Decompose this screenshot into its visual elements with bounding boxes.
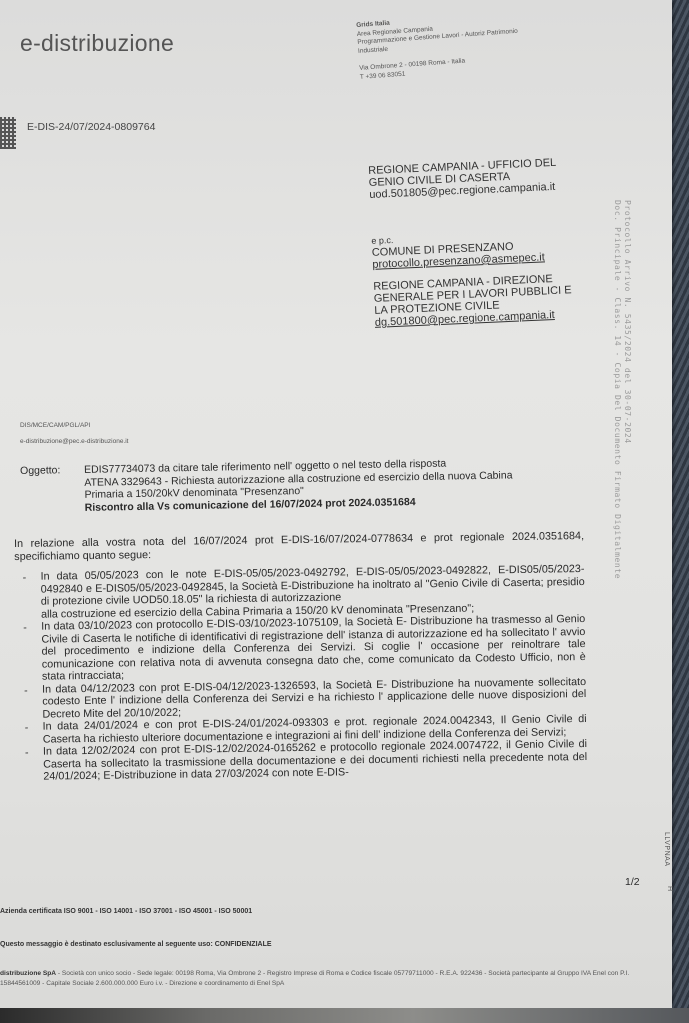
letter-page: e-distribuzione Grids Italia Area Region…: [0, 0, 672, 1008]
subject-label: Oggetto:: [20, 464, 60, 477]
reference-code: DIS/MCE/CAM/PGL/API: [20, 418, 129, 434]
page-number: 1/2: [625, 876, 640, 888]
background-surface: [0, 1008, 689, 1023]
iso-certification: Azienda certificata ISO 9001 - ISO 14001…: [0, 908, 252, 915]
list-item: In data 03/10/2023 con protocollo E-DIS-…: [15, 613, 586, 683]
protocol-stamp: Protocollo Arrivo N. 5435/2024 del 30-07…: [602, 200, 632, 670]
cc-recipient: e p.c. COMUNE DI PRESENZANO protocollo.p…: [371, 226, 570, 271]
legal-text: - Società con unico socio - Sede legale:…: [0, 970, 629, 987]
subject-block: Oggetto: EDIS77734073 da citare tale rif…: [20, 455, 581, 515]
confidentiality-notice: Questo messaggio è destinato esclusivame…: [0, 941, 272, 948]
body-list: In data 05/05/2023 con le note E-DIS-05/…: [14, 563, 587, 783]
list-item: In data 05/05/2023 con le note E-DIS-05/…: [14, 563, 585, 621]
stamp-line: Doc. Principale - Class. 14 - Copia Del …: [612, 200, 622, 670]
reference-email[interactable]: e-distribuzione@pec.e-distribuzione.it: [20, 434, 129, 450]
side-mark: H: [666, 886, 673, 891]
stamp-line: Protocollo Arrivo N. 5435/2024 del 30-07…: [622, 200, 632, 670]
letter-body: In relazione alla vostra nota del 16/07/…: [14, 530, 587, 783]
protocol-number: E-DIS-24/07/2024-0809764: [27, 121, 155, 133]
side-code: LLVPNAA: [663, 832, 670, 867]
list-item: In data 12/02/2024 con prot E-DIS-12/02/…: [17, 738, 587, 783]
primary-recipient: REGIONE CAMPANIA - UFFICIO DEL GENIO CIV…: [368, 156, 567, 201]
body-intro: In relazione alla vostra nota del 16/07/…: [14, 530, 584, 563]
legal-footer: distribuzione SpA - Società con unico so…: [0, 969, 650, 988]
company-logo: e-distribuzione: [20, 30, 174, 57]
datamatrix-code-icon: [0, 117, 16, 149]
cc-recipient: REGIONE CAMPANIA - DIREZIONE GENERALE PE…: [373, 272, 573, 329]
recipients-block: REGIONE CAMPANIA - UFFICIO DEL GENIO CIV…: [368, 156, 573, 328]
legal-company: distribuzione SpA: [0, 970, 56, 977]
reference-block: DIS/MCE/CAM/PGL/API e-distribuzione@pec.…: [20, 418, 129, 450]
sender-block: Grids Italia Area Regionale Campania Pro…: [356, 11, 521, 82]
